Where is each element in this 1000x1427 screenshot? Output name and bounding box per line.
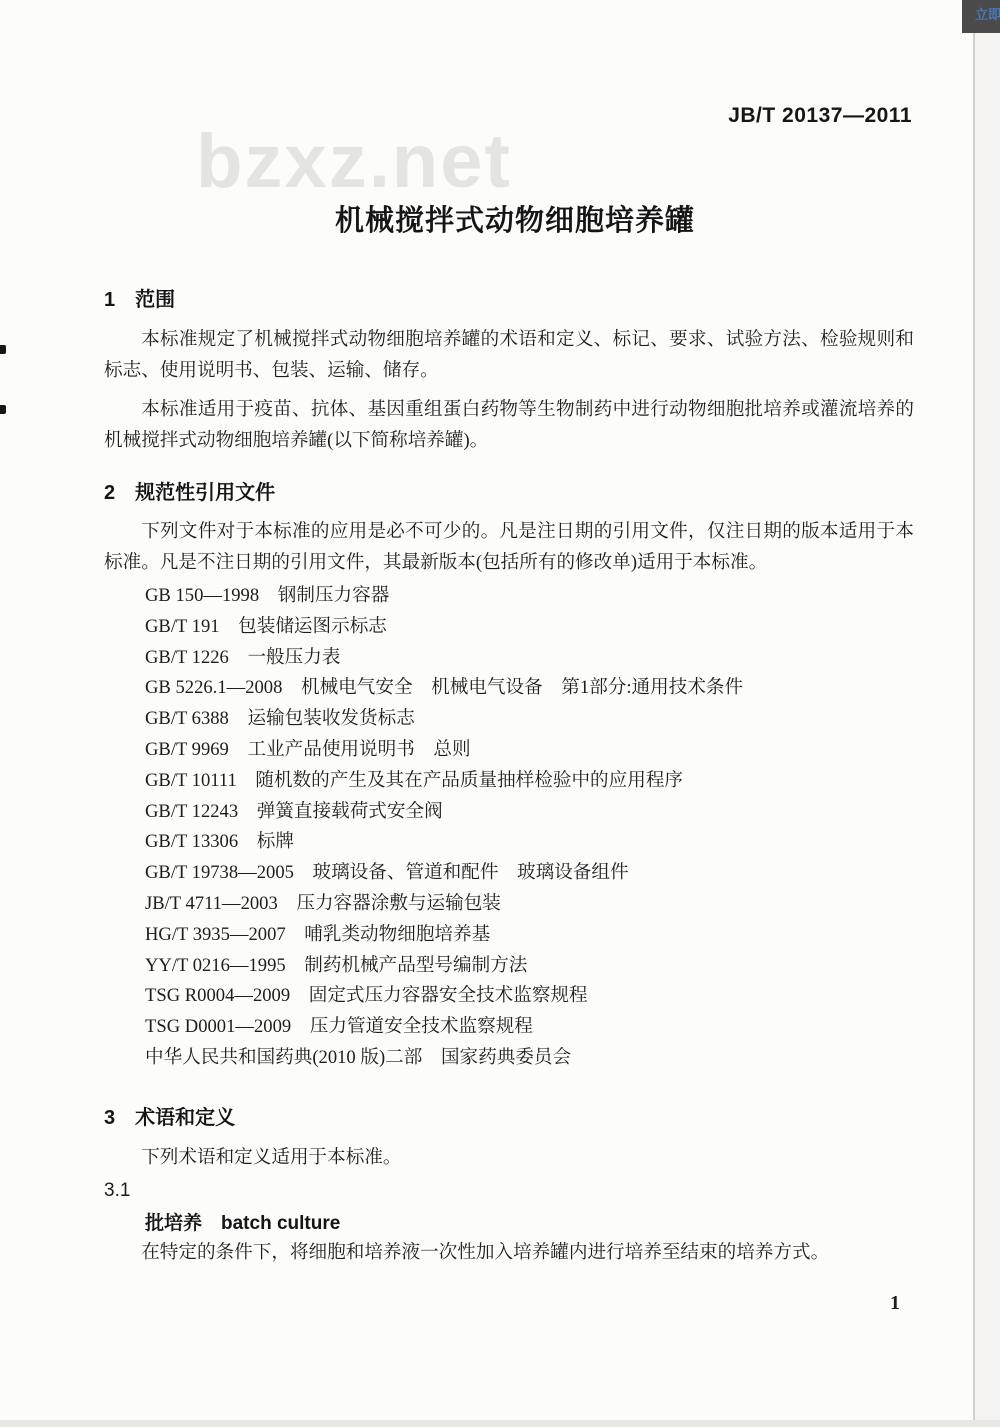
reference-item: TSG R0004—2009 固定式压力容器安全技术监察规程 [104,981,944,1012]
document-title: 机械搅拌式动物细胞培养罐 [30,198,1000,239]
reference-item: GB/T 191 包装储运图示标志 [104,612,944,643]
reference-item: JB/T 4711—2003 压力容器涂敷与运输包装 [104,889,944,920]
section-2-intro: 下列文件对于本标准的应用是必不可少的。凡是注日期的引用文件，仅注日期的版本适用于… [104,517,914,578]
reference-item: GB/T 19738—2005 玻璃设备、管道和配件 玻璃设备组件 [104,858,944,889]
clause-number-3-1: 3.1 [104,1180,130,1202]
reference-item: GB/T 13306 标牌 [104,827,944,858]
page-number: 1 [890,1292,900,1315]
corner-link-label[interactable]: 立即 [975,4,1000,23]
page-right-margin-strip [975,33,1000,1427]
reference-item: GB/T 1226 一般压力表 [104,643,944,674]
reference-item: GB/T 12243 弹簧直接载荷式安全阀 [104,797,944,828]
reference-item: GB 150—1998 钢制压力容器 [104,581,944,612]
section-2-heading: 2 规范性引用文件 [104,476,275,505]
binding-mark [0,405,6,414]
reference-item: GB/T 10111 随机数的产生及其在产品质量抽样检验中的应用程序 [104,766,944,797]
reference-item: YY/T 0216—1995 制药机械产品型号编制方法 [104,951,944,982]
reference-item: TSG D0001—2009 压力管道安全技术监察规程 [104,1012,944,1043]
reference-item: GB 5226.1—2008 机械电气安全 机械电气设备 第1部分:通用技术条件 [104,673,944,704]
watermark: bzxz.net [196,124,512,200]
standard-number: JB/T 20137—2011 [728,104,912,128]
term-batch-culture: 批培养 batch culture [145,1208,340,1235]
section-1-heading: 1 范围 [104,283,175,312]
section-3-intro: 下列术语和定义适用于本标准。 [104,1143,724,1174]
corner-download-tab[interactable]: 立即 [962,0,1000,33]
section-1-paragraph-1: 本标准规定了机械搅拌式动物细胞培养罐的术语和定义、标记、要求、试验方法、检验规则… [104,325,914,386]
normative-references-list: GB 150—1998 钢制压力容器 GB/T 191 包装储运图示标志 GB/… [104,581,944,1074]
reference-item: GB/T 6388 运输包装收发货标志 [104,704,944,735]
reference-item: GB/T 9969 工业产品使用说明书 总则 [104,735,944,766]
reference-item: HG/T 3935—2007 哺乳类动物细胞培养基 [104,920,944,951]
binding-mark [0,345,6,354]
document-page: 立即 JB/T 20137—2011 bzxz.net 机械搅拌式动物细胞培养罐… [0,0,1000,1427]
term-definition: 在特定的条件下，将细胞和培养液一次性加入培养罐内进行培养至结束的培养方式。 [104,1238,914,1269]
page-bottom-strip [0,1420,1000,1427]
section-3-heading: 3 术语和定义 [104,1101,235,1130]
reference-item: 中华人民共和国药典(2010 版)二部 国家药典委员会 [104,1043,944,1074]
section-1-paragraph-2: 本标准适用于疫苗、抗体、基因重组蛋白药物等生物制药中进行动物细胞批培养或灌流培养… [104,395,914,456]
